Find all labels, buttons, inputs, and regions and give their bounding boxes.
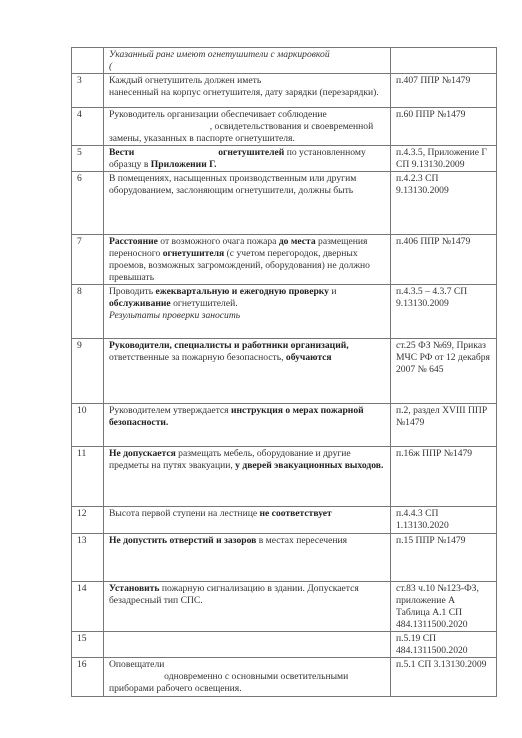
table-row: 14Установить пожарную сигнализацию в зда… (72, 582, 497, 632)
regulation-reference: п.5.19 СП 484.1311500.2020 (391, 632, 497, 658)
regulation-reference: п.406 ППР №1479 (391, 235, 497, 285)
requirement-text: Руководителем утверждается инструкция о … (104, 404, 391, 447)
requirement-text (104, 632, 391, 658)
text-run: Оповещатели (109, 659, 167, 670)
regulation-reference: п.407 ППР №1479 (391, 74, 497, 108)
text-run: обслуживание (109, 298, 171, 309)
regulation-reference: п.60 ППР №1479 (391, 108, 497, 146)
requirement-text: Указанный ранг имеют огнетушители с марк… (104, 48, 391, 74)
row-number: 12 (72, 507, 104, 534)
table-row: 15п.5.19 СП 484.1311500.2020 (72, 632, 497, 658)
requirement-text: Не допустить отверстий и зазоров в места… (104, 534, 391, 582)
text-run (137, 147, 219, 158)
row-number: 3 (72, 74, 104, 108)
text-run: в местах пересечения (256, 535, 347, 546)
requirement-text: Вести огнетушителей по установленному об… (104, 146, 391, 172)
text-run: Приложении Г. (151, 159, 217, 170)
row-number: 4 (72, 108, 104, 146)
text-run: Руководителем утверждается (109, 405, 231, 416)
text-run: Руководитель организации обеспечивает со… (109, 109, 329, 120)
text-run: нанесенный на корпус огнетушителя, дату … (109, 87, 379, 98)
row-number: 7 (72, 235, 104, 285)
table-row: 11Не допускается размещать мебель, обору… (72, 447, 497, 507)
regulation-reference: п.4.4.3 СП 1.13130.2020 (391, 507, 497, 534)
regulation-reference: п.16ж ППР №1479 (391, 447, 497, 507)
table-row: 7Расстояние от возможного очага пожара д… (72, 235, 497, 285)
text-run: огнетушителя (163, 248, 225, 259)
text-run: Каждый огнетушитель должен иметь (109, 75, 264, 86)
regulation-reference: п.15 ППР №1479 (391, 534, 497, 582)
row-number: 5 (72, 146, 104, 172)
text-run: Установить (109, 583, 159, 594)
row-number: 9 (72, 339, 104, 404)
table-row: Указанный ранг имеют огнетушители с марк… (72, 48, 497, 74)
table-row: 5Вести огнетушителей по установленному о… (72, 146, 497, 172)
text-run: Результаты проверки заносить (109, 310, 240, 321)
text-run: Указанный ранг имеют огнетушители с марк… (109, 49, 332, 60)
regulation-reference: ст.25 ФЗ №69, Приказ МЧС РФ от 12 декабр… (391, 339, 497, 404)
requirement-text: Установить пожарную сигнализацию в здани… (104, 582, 391, 632)
regulation-reference: ст.83 ч.10 №123-ФЗ, приложение А Таблица… (391, 582, 497, 632)
text-run: Вести (109, 147, 137, 158)
regulation-reference: п.4.2.3 СП 9.13130.2009 (391, 172, 497, 235)
table-row: 16Оповещатели одновременно с основными о… (72, 658, 497, 697)
row-number: 8 (72, 285, 104, 339)
table-row: 12Высота первой ступени на лестнице не с… (72, 507, 497, 534)
row-number: 10 (72, 404, 104, 447)
regulation-reference (391, 48, 497, 74)
text-run: Расстояние (109, 236, 158, 247)
table-row: 13Не допустить отверстий и зазоров в мес… (72, 534, 497, 582)
table-row: 8Проводить ежеквартальную и ежегодную пр… (72, 285, 497, 339)
text-run: и (329, 286, 339, 297)
requirement-text: Оповещатели одновременно с основными осв… (104, 658, 391, 697)
text-run: у дверей эвакуационных выходов. (235, 460, 383, 471)
regulation-reference: п.2, раздел XVIII ППР №1479 (391, 404, 497, 447)
text-run: Не допустить отверстий и зазоров (109, 535, 256, 546)
row-number: 15 (72, 632, 104, 658)
regulation-reference: п.4.3.5 – 4.3.7 СП 9.13130.2009 (391, 285, 497, 339)
text-run: , освидетельствования и своевременной за… (109, 121, 376, 144)
text-run: от возможного очага пожара (158, 236, 279, 247)
requirement-text: В помещениях, насыщенных производственны… (104, 172, 391, 235)
text-run: В помещениях, насыщенных производственны… (109, 173, 359, 196)
text-run: Проводить (109, 286, 156, 297)
text-run: до места (279, 236, 316, 247)
table-row: 6В помещениях, насыщенных производственн… (72, 172, 497, 235)
text-run: обучаются (286, 352, 332, 363)
requirement-text: Проводить ежеквартальную и ежегодную про… (104, 285, 391, 339)
requirement-text: Руководители, специалисты и работники ор… (104, 339, 391, 404)
text-run: огнетушителей. (171, 298, 238, 309)
requirement-text: Высота первой ступени на лестнице не соо… (104, 507, 391, 534)
text-run: Руководители, специалисты и работники ор… (109, 340, 349, 351)
row-number: 13 (72, 534, 104, 582)
requirement-text: Не допускается размещать мебель, оборудо… (104, 447, 391, 507)
requirement-text: Руководитель организации обеспечивает со… (104, 108, 391, 146)
table-row: 9Руководители, специалисты и работники о… (72, 339, 497, 404)
row-number: 14 (72, 582, 104, 632)
row-number: 6 (72, 172, 104, 235)
requirement-text: Каждый огнетушитель должен иметь нанесен… (104, 74, 391, 108)
table-row: 4Руководитель организации обеспечивает с… (72, 108, 497, 146)
table-row: 10Руководителем утверждается инструкция … (72, 404, 497, 447)
text-run: Не допускается (109, 448, 176, 459)
table-row: 3Каждый огнетушитель должен иметь нанесе… (72, 74, 497, 108)
row-number: 11 (72, 447, 104, 507)
text-run: ежеквартальную и ежегодную проверку (156, 286, 329, 297)
row-number (72, 48, 104, 74)
regulation-reference: п.5.1 СП 3.13130.2009 (391, 658, 497, 697)
text-run: огнетушителей (218, 147, 284, 158)
text-run: одновременно с основными осветительными … (109, 671, 351, 694)
requirement-text: Расстояние от возможного очага пожара до… (104, 235, 391, 285)
regulation-reference: п.4.3.5, Приложение Г СП 9.13130.2009 (391, 146, 497, 172)
row-number: 16 (72, 658, 104, 697)
text-run: ( (109, 61, 112, 72)
requirements-table: Указанный ранг имеют огнетушители с марк… (71, 47, 497, 697)
text-run: Высота первой ступени на лестнице (109, 508, 260, 519)
text-run: не соответствует (260, 508, 332, 519)
